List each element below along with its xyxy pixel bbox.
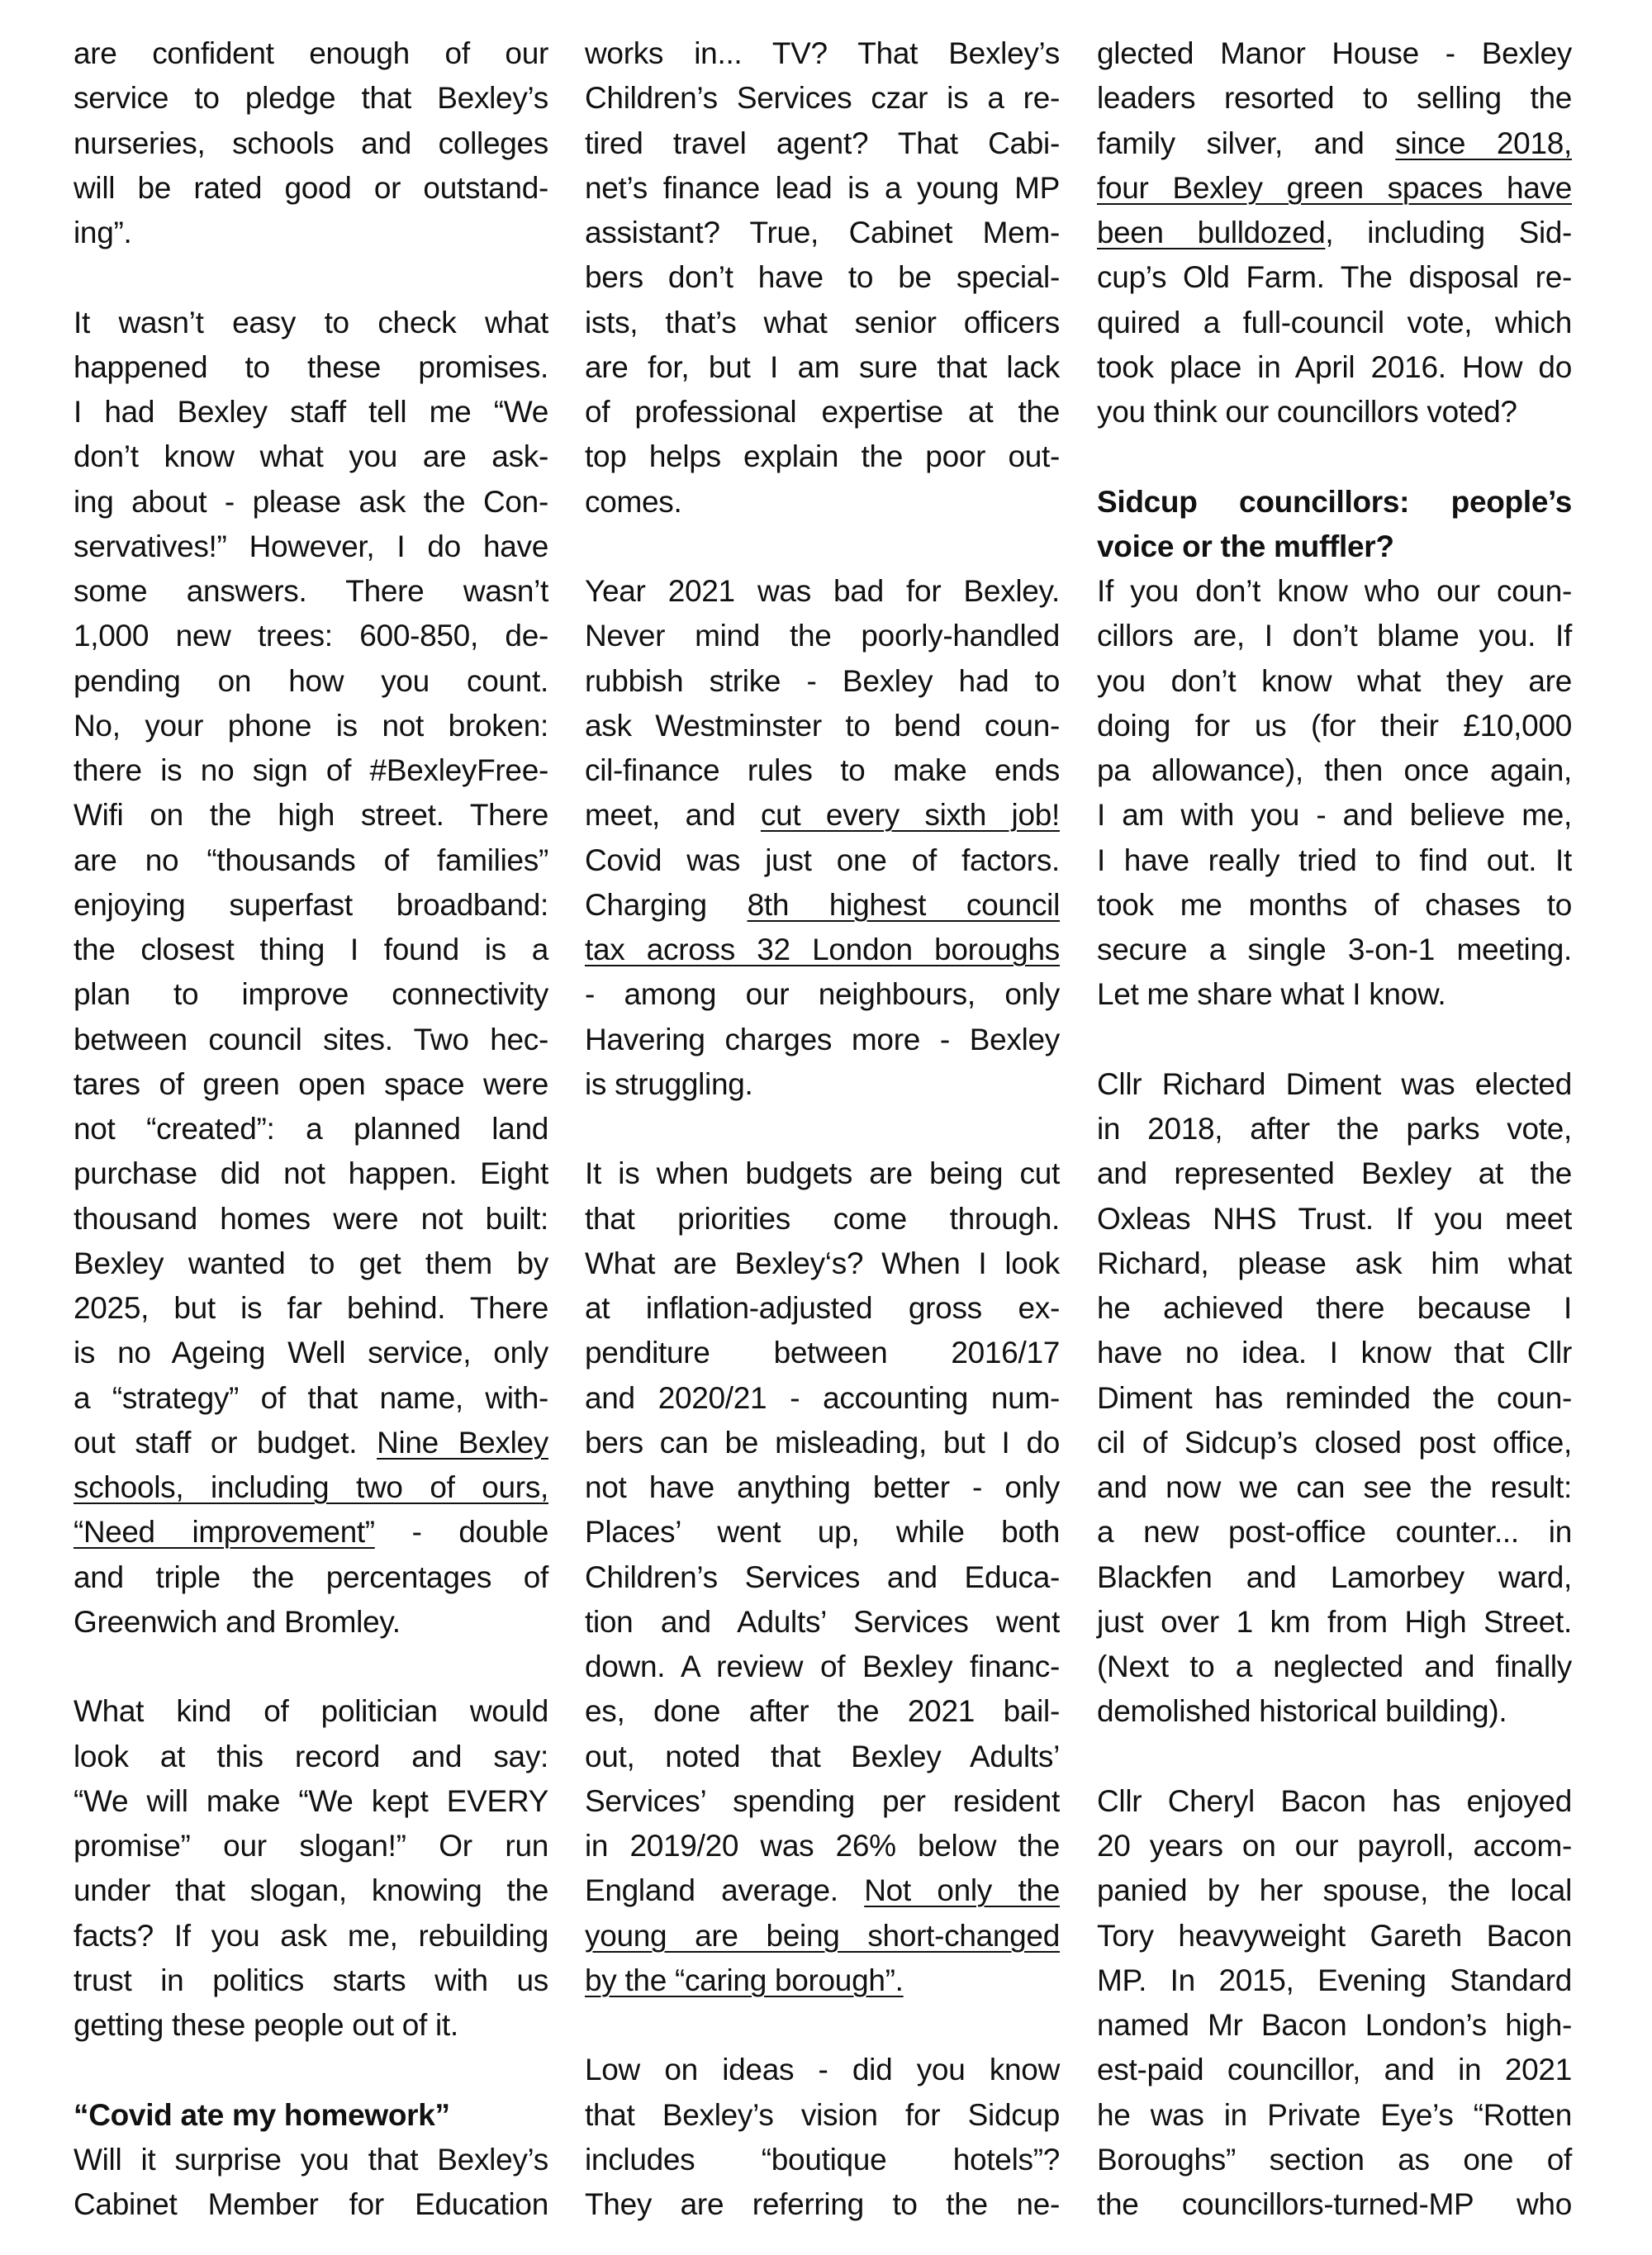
text-line: schools, including two of ours, [74,1465,548,1510]
underlined-emphasis: tax across 32 London boroughs [585,933,1060,966]
line-text: (Next to a neglected and finally [1097,1650,1572,1683]
text-line: net’s finance lead is a young MP [585,166,1060,211]
line-text: assistant? True, Cabinet Mem- [585,216,1060,249]
line-text: Blackfen and Lamorbey ward, [1097,1560,1572,1594]
line-text: out staff or budget. [74,1426,377,1460]
text-line: glected Manor House - Bexley [1097,31,1572,76]
text-line: It wasn’t easy to check what [74,301,548,345]
underlined-emphasis: Nine Bexley [377,1426,548,1460]
line-text: have no idea. I know that Cllr [1097,1336,1572,1370]
line-text: Let me share what I know. [1097,977,1445,1011]
text-line: and represented Bexley at the [1097,1151,1572,1196]
text-line: Greenwich and Bromley. [74,1600,548,1645]
text-line: Charging 8th highest council [585,883,1060,928]
line-text: Will it surprise you that Bexley’s [74,2143,548,2177]
text-line: you think our councillors voted? [1097,390,1572,434]
text-line: tion and Adults’ Services went [585,1600,1060,1645]
line-text: Low on ideas - did you know [585,2053,1060,2086]
line-text: promise” our slogan!” Or run [74,1829,548,1863]
line-text: don’t know what you are ask- [74,439,548,473]
text-line: service to pledge that Bexley’s [74,76,548,121]
paragraph-gap [585,2003,1060,2048]
text-line: assistant? True, Cabinet Mem- [585,211,1060,255]
text-line: young are being short-changed [585,1914,1060,1958]
paragraph-gap [585,525,1060,569]
section-heading-line: voice or the muffler? [1097,525,1572,569]
text-line: the closest thing I found is a [74,928,548,972]
line-text: “We will make “We kept EVERY [74,1784,548,1818]
line-text: is struggling. [585,1067,753,1101]
text-line: that Bexley’s vision for Sidcup [585,2093,1060,2138]
text-line: leaders resorted to selling the [1097,76,1572,121]
line-text: will be rated good or outstand- [74,171,548,205]
text-line: ask Westminster to bend coun- [585,704,1060,748]
text-line: happened to these promises. [74,345,548,390]
text-line: not “created”: a planned land [74,1107,548,1151]
text-line: look at this record and say: [74,1735,548,1779]
line-text: you think our councillors voted? [1097,395,1517,429]
line-text: penditure between 2016/17 [585,1336,1060,1370]
line-text: some answers. There wasn’t [74,574,548,608]
line-text: I had Bexley staff tell me “We [74,395,548,429]
text-line: penditure between 2016/17 [585,1331,1060,1375]
text-line: Havering charges more - Bexley [585,1018,1060,1062]
line-text: is no Ageing Well service, only [74,1336,548,1370]
line-text: enjoying superfast broadband: [74,888,548,922]
text-line: 20 years on our payroll, accom- [1097,1824,1572,1868]
line-text: getting these people out of it. [74,2008,458,2042]
text-line: (Next to a neglected and finally [1097,1645,1572,1689]
line-text: It wasn’t easy to check what [74,306,548,339]
text-line: Richard, please ask him what [1097,1241,1572,1286]
line-text: leaders resorted to selling the [1097,81,1572,115]
text-line: trust in politics starts with us [74,1958,548,2003]
text-line: four Bexley green spaces have [1097,166,1572,211]
line-text: facts? If you ask me, rebuilding [74,1919,548,1953]
line-text: 2025, but is far behind. There [74,1291,548,1325]
text-line: includes “boutique hotels”? [585,2138,1060,2182]
paragraph-gap [74,2048,548,2092]
text-line: cup’s Old Farm. The disposal re- [1097,255,1572,300]
line-text: 20 years on our payroll, accom- [1097,1829,1572,1863]
line-text: down. A review of Bexley financ- [585,1650,1060,1683]
text-line: “Need improvement” - double [74,1510,548,1555]
text-line: Bexley wanted to get them by [74,1241,548,1286]
text-line: rubbish strike - Bexley had to [585,659,1060,704]
text-line: pa allowance), then once again, [1097,748,1572,793]
line-text: top helps explain the poor out- [585,439,1060,473]
text-line: servatives!” However, I do have [74,525,548,569]
line-text: a new post-office counter... in [1097,1515,1572,1549]
text-line: They are referring to the ne- [585,2182,1060,2227]
section-heading-line: “Covid ate my homework” [74,2093,548,2138]
text-line: just over 1 km from High Street. [1097,1600,1572,1645]
text-line: doing for us (for their £10,000 [1097,704,1572,748]
text-line: England average. Not only the [585,1868,1060,1913]
text-line: Blackfen and Lamorbey ward, [1097,1555,1572,1600]
line-text: Oxleas NHS Trust. If you meet [1097,1202,1572,1236]
text-line: Low on ideas - did you know [585,2048,1060,2092]
line-text: tion and Adults’ Services went [585,1605,1060,1639]
text-line: there is no sign of #BexleyFree- [74,748,548,793]
line-text: Never mind the poorly-handled [585,619,1060,653]
text-line: No, your phone is not broken: [74,704,548,748]
line-text: the councillors-turned-MP who [1097,2187,1572,2221]
line-text: the closest thing I found is a [74,933,548,966]
line-text: pa allowance), then once again, [1097,753,1572,787]
line-text: Tory heavyweight Gareth Bacon [1097,1919,1572,1953]
line-text: between council sites. Two hec- [74,1023,548,1056]
line-text: cil-finance rules to make ends [585,753,1060,787]
text-line: facts? If you ask me, rebuilding [74,1914,548,1958]
text-line: It is when budgets are being cut [585,1151,1060,1196]
line-text: Cabinet Member for Education [74,2187,548,2221]
text-line: Wifi on the high street. There [74,793,548,838]
line-text: Year 2021 was bad for Bexley. [585,574,1060,608]
underlined-emphasis: “Need improvement” [74,1515,375,1549]
line-text: What kind of politician would [74,1694,548,1728]
underlined-emphasis: four Bexley green spaces have [1097,171,1572,205]
text-line: not have anything better - only [585,1465,1060,1510]
line-text: service to pledge that Bexley’s [74,81,548,115]
article-column-1: are confident enough of ourservice to pl… [74,31,548,2227]
line-text: Services’ spending per resident [585,1784,1060,1818]
text-line: took me months of chases to [1097,883,1572,928]
text-line: by the “caring borough”. [585,1958,1060,2003]
text-line: between council sites. Two hec- [74,1018,548,1062]
text-line: Never mind the poorly-handled [585,614,1060,658]
line-text: cil of Sidcup’s closed post office, [1097,1426,1572,1460]
text-line: don’t know what you are ask- [74,434,548,479]
text-line: secure a single 3-on-1 meeting. [1097,928,1572,972]
line-text: at inflation-adjusted gross ex- [585,1291,1060,1325]
text-line: comes. [585,480,1060,525]
text-line: that priorities come through. [585,1197,1060,1241]
text-line: meet, and cut every sixth job! [585,793,1060,838]
text-line: the councillors-turned-MP who [1097,2182,1572,2227]
line-text: ists, that’s what senior officers [585,306,1060,339]
text-line: cil-finance rules to make ends [585,748,1060,793]
text-line: took place in April 2016. How do [1097,345,1572,390]
line-text: - among our neighbours, only [585,977,1060,1011]
line-text: servatives!” However, I do have [74,529,548,563]
paragraph-gap [1097,1018,1572,1062]
line-text: in 2018, after the parks vote, [1097,1112,1572,1146]
underlined-emphasis: schools, including two of ours, [74,1470,548,1504]
line-text: not “created”: a planned land [74,1112,548,1146]
line-text: trust in politics starts with us [74,1963,548,1997]
text-line: is no Ageing Well service, only [74,1331,548,1375]
text-line: Cabinet Member for Education [74,2182,548,2227]
text-line: “We will make “We kept EVERY [74,1779,548,1824]
underlined-emphasis: 8th highest council [748,888,1060,922]
text-line: cillors are, I don’t blame you. If [1097,614,1572,658]
line-text: comes. [585,485,681,519]
text-line: thousand homes were not built: [74,1197,548,1241]
text-line: - among our neighbours, only [585,972,1060,1017]
line-text: ask Westminster to bend coun- [585,709,1060,743]
line-text: you don’t know what they are [1097,664,1572,698]
text-line: Places’ went up, while both [585,1510,1060,1555]
line-text: purchase did not happen. Eight [74,1156,548,1190]
text-line: promise” our slogan!” Or run [74,1824,548,1868]
text-line: he achieved there because I [1097,1286,1572,1331]
text-line: Let me share what I know. [1097,972,1572,1017]
text-line: est-paid councillor, and in 2021 [1097,2048,1572,2092]
line-text: est-paid councillor, and in 2021 [1097,2053,1572,2086]
line-text: took me months of chases to [1097,888,1572,922]
text-line: What kind of politician would [74,1689,548,1734]
text-line: Children’s Services czar is a re- [585,76,1060,121]
text-line: and triple the percentages of [74,1555,548,1600]
text-line: panied by her spouse, the local [1097,1868,1572,1913]
line-text: nurseries, schools and colleges [74,126,548,160]
text-line: are confident enough of our [74,31,548,76]
line-text: Places’ went up, while both [585,1515,1060,1549]
line-text: England average. [585,1873,864,1907]
line-text: he was in Private Eye’s “Rotten [1097,2098,1572,2132]
line-text: demolished historical building). [1097,1694,1507,1728]
line-text: happened to these promises. [74,350,548,384]
line-text: under that slogan, knowing the [74,1873,548,1907]
line-text: pending on how you count. [74,664,548,698]
section-heading-line: Sidcup councillors: people’s [1097,480,1572,525]
text-line: If you don’t know who our coun- [1097,569,1572,614]
text-line: purchase did not happen. Eight [74,1151,548,1196]
line-text: Covid was just one of factors. [585,843,1060,877]
text-line: I am with you - and believe me, [1097,793,1572,838]
line-text: are confident enough of our [74,36,548,70]
line-text: that priorities come through. [585,1202,1060,1236]
text-line: ists, that’s what senior officers [585,301,1060,345]
line-text: works in... TV? That Bexley’s [585,36,1060,70]
underlined-emphasis: been bulldozed [1097,216,1325,249]
text-line: he was in Private Eye’s “Rotten [1097,2093,1572,2138]
text-line: pending on how you count. [74,659,548,704]
line-text: Greenwich and Bromley. [74,1605,401,1639]
line-text: Havering charges more - Bexley [585,1023,1060,1056]
text-line: getting these people out of it. [74,2003,548,2048]
line-text: a “strategy” of that name, with- [74,1381,548,1415]
text-line: a new post-office counter... in [1097,1510,1572,1555]
text-line: demolished historical building). [1097,1689,1572,1734]
text-line: top helps explain the poor out- [585,434,1060,479]
line-text: Richard, please ask him what [1097,1246,1572,1280]
line-text: panied by her spouse, the local [1097,1873,1572,1907]
text-line: you don’t know what they are [1097,659,1572,704]
line-text: cillors are, I don’t blame you. If [1097,619,1572,653]
text-line: at inflation-adjusted gross ex- [585,1286,1060,1331]
line-text: bers don’t have to be special- [585,260,1060,294]
paragraph-gap [585,1107,1060,1151]
line-text: are no “thousands of families” [74,843,548,877]
line-text: thousand homes were not built: [74,1202,548,1236]
text-line: Covid was just one of factors. [585,838,1060,883]
line-text: and triple the percentages of [74,1560,548,1594]
line-text: rubbish strike - Bexley had to [585,664,1060,698]
line-text: ing”. [74,216,131,249]
text-line: Services’ spending per resident [585,1779,1060,1824]
line-text: Wifi on the high street. There [74,798,548,832]
line-text: MP. In 2015, Evening Standard [1097,1963,1572,1997]
article-column-2: works in... TV? That Bexley’sChildren’s … [585,31,1060,2227]
line-text: Children’s Services and Educa- [585,1560,1060,1594]
text-line: cil of Sidcup’s closed post office, [1097,1421,1572,1465]
text-line: Diment has reminded the coun- [1097,1376,1572,1421]
underlined-emphasis: cut every sixth job! [761,798,1060,832]
text-line: What are Bexley‘s? When I look [585,1241,1060,1286]
text-line: Children’s Services and Educa- [585,1555,1060,1600]
text-line: Boroughs” section as one of [1097,2138,1572,2182]
line-text: out, noted that Bexley Adults’ [585,1740,1060,1773]
line-text: net’s finance lead is a young MP [585,171,1060,205]
line-text: voice or the muffler? [1097,529,1394,563]
line-text: cup’s Old Farm. The disposal re- [1097,260,1572,294]
text-line: ing”. [74,211,548,255]
line-text: plan to improve connectivity [74,977,548,1011]
line-text: Boroughs” section as one of [1097,2143,1572,2177]
line-text: Charging [585,888,748,922]
line-text: Diment has reminded the coun- [1097,1381,1572,1415]
text-line: will be rated good or outstand- [74,166,548,211]
line-text: and now we can see the result: [1097,1470,1572,1504]
text-line: bers can be misleading, but I do [585,1421,1060,1465]
text-line: bers don’t have to be special- [585,255,1060,300]
line-text: ing about - please ask the Con- [74,485,548,519]
line-text: Cllr Richard Diment was elected [1097,1067,1572,1101]
line-text: not have anything better - only [585,1470,1060,1504]
underlined-emphasis: young are being short-changed [585,1919,1060,1953]
text-line: Will it surprise you that Bexley’s [74,2138,548,2182]
text-line: Oxleas NHS Trust. If you meet [1097,1197,1572,1241]
line-text: and represented Bexley at the [1097,1156,1572,1190]
line-text: in 2019/20 was 26% below the [585,1829,1060,1863]
line-text: named Mr Bacon London’s high- [1097,2008,1572,2042]
text-line: works in... TV? That Bexley’s [585,31,1060,76]
text-line: 1,000 new trees: 600-850, de- [74,614,548,658]
text-line: Tory heavyweight Gareth Bacon [1097,1914,1572,1958]
text-line: out, noted that Bexley Adults’ [585,1735,1060,1779]
line-text: It is when budgets are being cut [585,1156,1060,1190]
text-line: been bulldozed, including Sid- [1097,211,1572,255]
text-line: out staff or budget. Nine Bexley [74,1421,548,1465]
text-line: Year 2021 was bad for Bexley. [585,569,1060,614]
underlined-emphasis: by the “caring borough”. [585,1963,904,1997]
article-column-3: glected Manor House - Bexleyleaders reso… [1097,31,1572,2227]
text-line: some answers. There wasn’t [74,569,548,614]
line-text: Cllr Cheryl Bacon has enjoyed [1097,1784,1572,1818]
line-text: took place in April 2016. How do [1097,350,1572,384]
text-line: nurseries, schools and colleges [74,121,548,166]
text-line: I had Bexley staff tell me “We [74,390,548,434]
line-text: there is no sign of #BexleyFree- [74,753,548,787]
text-line: tax across 32 London boroughs [585,928,1060,972]
line-text: They are referring to the ne- [585,2187,1060,2221]
text-line: I have really tried to find out. It [1097,838,1572,883]
text-line: tired travel agent? That Cabi- [585,121,1060,166]
line-text: just over 1 km from High Street. [1097,1605,1572,1639]
line-text: I have really tried to find out. It [1097,843,1572,877]
line-text: family silver, and [1097,126,1395,160]
line-text: es, done after the 2021 bail- [585,1694,1060,1728]
line-text: quired a full-council vote, which [1097,306,1572,339]
text-line: in 2019/20 was 26% below the [585,1824,1060,1868]
text-line: named Mr Bacon London’s high- [1097,2003,1572,2048]
line-text: bers can be misleading, but I do [585,1426,1060,1460]
text-line: Cllr Cheryl Bacon has enjoyed [1097,1779,1572,1824]
line-text: No, your phone is not broken: [74,709,548,743]
text-line: quired a full-council vote, which [1097,301,1572,345]
line-text: doing for us (for their £10,000 [1097,709,1572,743]
line-text: are for, but I am sure that lack [585,350,1060,384]
line-text: Bexley wanted to get them by [74,1246,548,1280]
text-line: ing about - please ask the Con- [74,480,548,525]
underlined-emphasis: since 2018, [1395,126,1572,160]
line-text: glected Manor House - Bexley [1097,36,1572,70]
line-text: he achieved there because I [1097,1291,1572,1325]
underlined-emphasis: Not only the [864,1873,1060,1907]
line-text: tired travel agent? That Cabi- [585,126,1060,160]
text-line: es, done after the 2021 bail- [585,1689,1060,1734]
paragraph-gap [74,1645,548,1689]
text-line: of professional expertise at the [585,390,1060,434]
text-line: under that slogan, knowing the [74,1868,548,1913]
line-text: secure a single 3-on-1 meeting. [1097,933,1572,966]
text-line: 2025, but is far behind. There [74,1286,548,1331]
text-line: family silver, and since 2018, [1097,121,1572,166]
line-text: includes “boutique hotels”? [585,2143,1060,2177]
line-text: tares of green open space were [74,1067,548,1101]
text-line: tares of green open space were [74,1062,548,1107]
text-line: and 2020/21 - accounting num- [585,1376,1060,1421]
text-line: a “strategy” of that name, with- [74,1376,548,1421]
text-line: and now we can see the result: [1097,1465,1572,1510]
text-line: are no “thousands of families” [74,838,548,883]
text-line: down. A review of Bexley financ- [585,1645,1060,1689]
line-text: , including Sid- [1325,216,1572,249]
text-line: MP. In 2015, Evening Standard [1097,1958,1572,2003]
text-line: have no idea. I know that Cllr [1097,1331,1572,1375]
text-line: plan to improve connectivity [74,972,548,1017]
text-line: is struggling. [585,1062,1060,1107]
line-text: What are Bexley‘s? When I look [585,1246,1060,1280]
line-text: and 2020/21 - accounting num- [585,1381,1060,1415]
line-text: “Covid ate my homework” [74,2098,450,2132]
text-line: enjoying superfast broadband: [74,883,548,928]
line-text: Children’s Services czar is a re- [585,81,1060,115]
line-text: that Bexley’s vision for Sidcup [585,2098,1060,2132]
text-line: Cllr Richard Diment was elected [1097,1062,1572,1107]
line-text: I am with you - and believe me, [1097,798,1572,832]
paragraph-gap [1097,434,1572,479]
line-text: - double [375,1515,548,1549]
text-line: in 2018, after the parks vote, [1097,1107,1572,1151]
text-line: are for, but I am sure that lack [585,345,1060,390]
line-text: meet, and [585,798,761,832]
line-text: 1,000 new trees: 600-850, de- [74,619,548,653]
line-text: If you don’t know who our coun- [1097,574,1572,608]
line-text: of professional expertise at the [585,395,1060,429]
paragraph-gap [1097,1735,1572,1779]
line-text: Sidcup councillors: people’s [1097,485,1572,519]
line-text: look at this record and say: [74,1740,548,1773]
paragraph-gap [74,255,548,300]
